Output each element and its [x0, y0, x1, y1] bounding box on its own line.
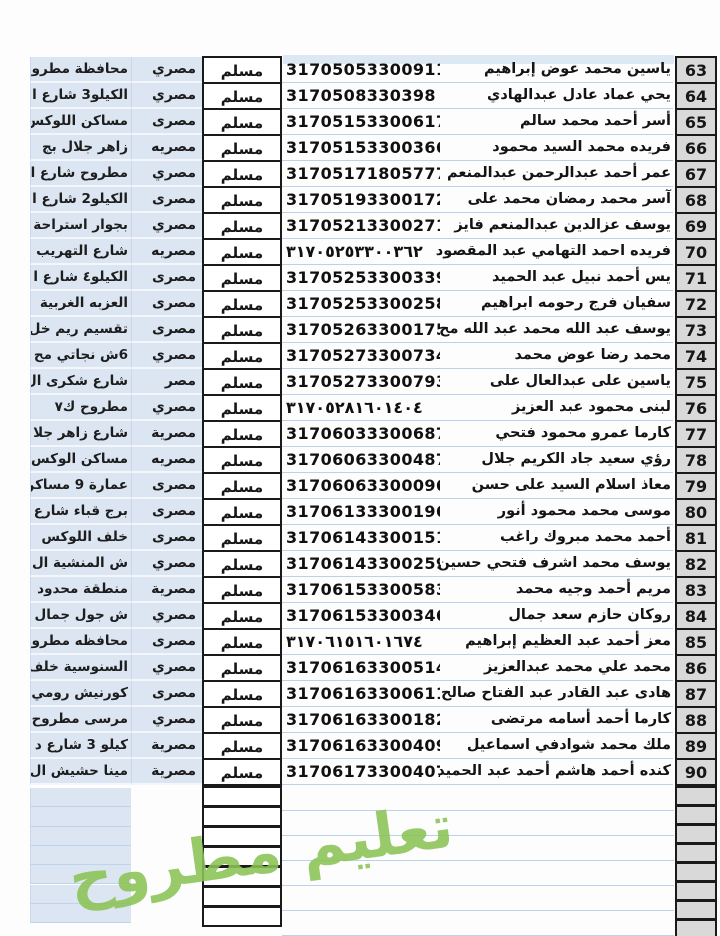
table-row: مساكن الوكسمصريهمسلم31706063300487رؤي سع…: [0, 447, 720, 473]
name-cell: لبنى محمود عبد العزيز: [440, 395, 673, 421]
row-number-cell: 78: [675, 446, 717, 474]
religion-cell: مسلم: [202, 186, 282, 214]
row-number-cell: 72: [675, 290, 717, 318]
empty-religion-cell: [202, 786, 282, 807]
table-row: برج قباء شارعمصرىمسلم31706133300196موسى …: [0, 499, 720, 525]
empty-number-cell: [675, 843, 717, 863]
religion-cell: مسلم: [202, 264, 282, 292]
table-row: بجوار استراحةمصريمسلم31705213300271يوسف …: [0, 213, 720, 239]
nationality-cell: مصري: [131, 83, 202, 109]
table-row: مطروح شارع امصريمسلم31705171805777عمر أح…: [0, 161, 720, 187]
table-row: الكيلو3 شارع امصريمسلم3170508330398يحي ع…: [0, 83, 720, 109]
nationality-cell: مصرية: [131, 733, 202, 759]
address-cell: مينا حشيش ال: [30, 759, 131, 785]
address-cell: مساكن الوكس: [30, 447, 131, 473]
table-row: عمارة 9 مساكنمصرىمسلم31706063300096معاذ …: [0, 473, 720, 499]
national-id-cell: 31705193300172: [282, 187, 440, 213]
national-id-cell: 31706173300407: [282, 759, 440, 785]
nationality-cell: مصر: [131, 369, 202, 395]
address-cell: تقسيم ريم خل: [30, 317, 131, 343]
national-id-cell: 31705273300734: [282, 343, 440, 369]
religion-cell: مسلم: [202, 290, 282, 318]
religion-cell: مسلم: [202, 160, 282, 188]
national-id-cell: 31706143300259: [282, 551, 440, 577]
name-cell: ياسين على عبدالعال على: [440, 369, 673, 395]
nationality-cell: مصرى: [131, 525, 202, 551]
national-id-cell: 31705263300175: [282, 317, 440, 343]
row-number-cell: 71: [675, 264, 717, 292]
table-row: شارع زاهر جلامصريةمسلم31706033300687كارم…: [0, 421, 720, 447]
table-row: محافظة مطرومصريمسلم31705053300911ياسين م…: [0, 57, 720, 83]
nationality-cell: مصرى: [131, 473, 202, 499]
table-row: السنوسية خلفمصريمسلم31706163300514محمد ع…: [0, 655, 720, 681]
national-id-cell: 31705153300366: [282, 135, 440, 161]
empty-number-cell: [675, 824, 717, 844]
address-cell: محافظة مطرو: [30, 57, 131, 83]
religion-cell: مسلم: [202, 56, 282, 84]
address-cell: عمارة 9 مساكن: [30, 473, 131, 499]
empty-address-cell: [30, 865, 131, 884]
national-id-cell: 31705253300339: [282, 265, 440, 291]
empty-grid-line: [282, 885, 674, 886]
name-cell: ملك محمد شوادفي اسماعيل: [440, 733, 673, 759]
name-cell: رؤي سعيد جاد الكريم جلال: [440, 447, 673, 473]
religion-cell: مسلم: [202, 394, 282, 422]
national-id-cell: 31706153300346: [282, 603, 440, 629]
empty-address-cell: [30, 788, 131, 807]
empty-number-cell: [675, 919, 717, 936]
religion-cell: مسلم: [202, 498, 282, 526]
empty-number-cell: [675, 881, 717, 901]
empty-religion-cell: [202, 906, 282, 927]
table-row: ش المنشية المصريمسلم31706143300259يوسف م…: [0, 551, 720, 577]
religion-cell: مسلم: [202, 706, 282, 734]
name-cell: فريده احمد التهامي عبد المقصود: [440, 239, 673, 265]
religion-cell: مسلم: [202, 680, 282, 708]
table-row: منطقة محدودمصريةمسلم31706153300583مريم أ…: [0, 577, 720, 603]
name-cell: معاذ اسلام السيد على حسن: [440, 473, 673, 499]
table-row: العزبه الغربيةمصرىمسلم31705253300258سفيا…: [0, 291, 720, 317]
religion-cell: مسلم: [202, 472, 282, 500]
name-cell: ياسين محمد عوض إبراهيم: [440, 57, 673, 83]
address-cell: مطروح ك٧: [30, 395, 131, 421]
address-cell: الكيلو٤ شارع ا: [30, 265, 131, 291]
empty-address-cell: [30, 904, 131, 923]
table-row: ش جول جمالمصريمسلم31706153300346روكان حا…: [0, 603, 720, 629]
row-number-cell: 64: [675, 82, 717, 110]
name-cell: فريده محمد السيد محمود: [440, 135, 673, 161]
nationality-cell: مصريه: [131, 447, 202, 473]
empty-grid-line: [282, 835, 674, 836]
nationality-cell: مصري: [131, 395, 202, 421]
empty-number-cell: [675, 786, 717, 806]
address-cell: 6ش نجاتي مح: [30, 343, 131, 369]
row-number-cell: 65: [675, 108, 717, 136]
name-cell: هادى عبد القادر عبد الفتاح صالح: [440, 681, 673, 707]
nationality-cell: مصرى: [131, 265, 202, 291]
empty-grid-line: [282, 810, 674, 811]
nationality-cell: مصرية: [131, 759, 202, 785]
row-number-cell: 86: [675, 654, 717, 682]
address-cell: مساكن اللوكس: [30, 109, 131, 135]
religion-cell: مسلم: [202, 628, 282, 656]
row-number-cell: 80: [675, 498, 717, 526]
national-id-cell: 31706163300514: [282, 655, 440, 681]
address-cell: العزبه الغربية: [30, 291, 131, 317]
religion-cell: مسلم: [202, 82, 282, 110]
address-cell: ش جول جمال: [30, 603, 131, 629]
address-cell: برج قباء شارع: [30, 499, 131, 525]
address-cell: الكيلو3 شارع ا: [30, 83, 131, 109]
national-id-cell: ٣١٧٠٦١٥١٦٠١٦٧٤: [282, 629, 440, 655]
address-cell: محافظه مطرو: [30, 629, 131, 655]
nationality-cell: مصريه: [131, 135, 202, 161]
nationality-cell: مصري: [131, 551, 202, 577]
row-number-cell: 69: [675, 212, 717, 240]
name-cell: مريم أحمد وجيه محمد: [440, 577, 673, 603]
table-row: مينا حشيش المصريةمسلم31706173300407كنده …: [0, 759, 720, 785]
name-cell: روكان حازم سعد جمال: [440, 603, 673, 629]
nationality-cell: مصري: [131, 343, 202, 369]
name-cell: آسر محمد رمضان محمد على: [440, 187, 673, 213]
address-cell: زاهر جلال بج: [30, 135, 131, 161]
empty-grid-line: [282, 860, 674, 861]
address-cell: مطروح شارع ا: [30, 161, 131, 187]
religion-cell: مسلم: [202, 446, 282, 474]
name-cell: عمر أحمد عبدالرحمن عبدالمنعم: [440, 161, 673, 187]
empty-religion-cell: [202, 886, 282, 907]
name-cell: كارما أحمد أسامه مرتضى: [440, 707, 673, 733]
nationality-cell: مصرى: [131, 317, 202, 343]
row-number-cell: 87: [675, 680, 717, 708]
table-row: تقسيم ريم خلمصرىمسلم31705263300175يوسف ع…: [0, 317, 720, 343]
address-cell: شارع شكرى ال: [30, 369, 131, 395]
name-cell: سفيان فرج رحومه ابراهيم: [440, 291, 673, 317]
religion-cell: مسلم: [202, 316, 282, 344]
name-cell: محمد علي محمد عبدالعزيز: [440, 655, 673, 681]
address-cell: الكيلو2 شارع ا: [30, 187, 131, 213]
name-cell: يحي عماد عادل عبدالهادي: [440, 83, 673, 109]
name-cell: أسر أحمد محمد سالم: [440, 109, 673, 135]
empty-address-cell: [30, 827, 131, 846]
national-id-cell: 31705213300271: [282, 213, 440, 239]
national-id-cell: 31706063300096: [282, 473, 440, 499]
empty-address-cell: [30, 885, 131, 904]
address-cell: خلف اللوكس: [30, 525, 131, 551]
row-number-cell: 77: [675, 420, 717, 448]
nationality-cell: مصري: [131, 707, 202, 733]
national-id-cell: 31706163300409: [282, 733, 440, 759]
empty-number-cell: [675, 805, 717, 825]
national-id-cell: 31706133300196: [282, 499, 440, 525]
nationality-cell: مصرى: [131, 109, 202, 135]
religion-cell: مسلم: [202, 212, 282, 240]
row-number-cell: 85: [675, 628, 717, 656]
table-row: مطروح ك٧مصريمسلم٣١٧٠٥٢٨١٦٠١٤٠٤لبنى محمود…: [0, 395, 720, 421]
row-number-cell: 88: [675, 706, 717, 734]
religion-cell: مسلم: [202, 732, 282, 760]
empty-number-cell: [675, 862, 717, 882]
table-row: شارع التهريبمصريهمسلم٣١٧٠٥٢٥٣٣٠٠٣٦٢فريده…: [0, 239, 720, 265]
table-row: زاهر جلال بجمصريهمسلم31705153300366فريده…: [0, 135, 720, 161]
religion-cell: مسلم: [202, 342, 282, 370]
row-number-cell: 83: [675, 576, 717, 604]
empty-religion-cell: [202, 866, 282, 887]
religion-cell: مسلم: [202, 420, 282, 448]
nationality-cell: مصرية: [131, 421, 202, 447]
nationality-cell: مصري: [131, 213, 202, 239]
religion-cell: مسلم: [202, 654, 282, 682]
name-cell: أحمد محمد مبروك راغب: [440, 525, 673, 551]
table-row: كيلو 3 شارع دمصريةمسلم31706163300409ملك …: [0, 733, 720, 759]
nationality-cell: مصري: [131, 655, 202, 681]
empty-number-cell: [675, 900, 717, 920]
row-number-cell: 75: [675, 368, 717, 396]
religion-cell: مسلم: [202, 368, 282, 396]
address-cell: السنوسية خلف: [30, 655, 131, 681]
religion-cell: مسلم: [202, 524, 282, 552]
religion-cell: مسلم: [202, 238, 282, 266]
address-cell: كيلو 3 شارع د: [30, 733, 131, 759]
row-number-cell: 82: [675, 550, 717, 578]
empty-address-cell: [30, 846, 131, 865]
religion-cell: مسلم: [202, 550, 282, 578]
nationality-cell: مصريه: [131, 239, 202, 265]
religion-cell: مسلم: [202, 134, 282, 162]
table-row: الكيلو2 شارع امصرىمسلم31705193300172آسر …: [0, 187, 720, 213]
name-cell: يوسف عزالدين عبدالمنعم فايز: [440, 213, 673, 239]
row-number-cell: 76: [675, 394, 717, 422]
row-number-cell: 79: [675, 472, 717, 500]
empty-address-cell: [30, 807, 131, 826]
national-id-cell: 31705273300793: [282, 369, 440, 395]
nationality-cell: مصرى: [131, 187, 202, 213]
name-cell: معز أحمد عبد العظيم إبراهيم: [440, 629, 673, 655]
row-number-cell: 81: [675, 524, 717, 552]
national-id-cell: 31706153300583: [282, 577, 440, 603]
row-number-cell: 90: [675, 758, 717, 786]
address-cell: بجوار استراحة: [30, 213, 131, 239]
table-row: الكيلو٤ شارع امصرىمسلم31705253300339يس أ…: [0, 265, 720, 291]
address-cell: ش المنشية ال: [30, 551, 131, 577]
address-cell: شارع زاهر جلا: [30, 421, 131, 447]
table-row: شارع شكرى المصرمسلم31705273300793ياسين ع…: [0, 369, 720, 395]
national-id-cell: 31705253300258: [282, 291, 440, 317]
row-number-cell: 63: [675, 56, 717, 84]
name-cell: موسى محمد محمود أنور: [440, 499, 673, 525]
national-id-cell: 31706143300151: [282, 525, 440, 551]
table-row: مرسى مطروحمصريمسلم31706163300182كارما أح…: [0, 707, 720, 733]
nationality-cell: مصري: [131, 57, 202, 83]
nationality-cell: مصري: [131, 603, 202, 629]
name-cell: يس أحمد نبيل عبد الحميد: [440, 265, 673, 291]
row-number-cell: 73: [675, 316, 717, 344]
nationality-cell: مصرى: [131, 629, 202, 655]
table-row: خلف اللوكسمصرىمسلم31706143300151أحمد محم…: [0, 525, 720, 551]
nationality-cell: مصرى: [131, 681, 202, 707]
religion-cell: مسلم: [202, 108, 282, 136]
address-cell: كورنيش رومي: [30, 681, 131, 707]
national-id-cell: 31705171805777: [282, 161, 440, 187]
national-id-cell: ٣١٧٠٥٢٨١٦٠١٤٠٤: [282, 395, 440, 421]
row-number-cell: 68: [675, 186, 717, 214]
address-cell: منطقة محدود: [30, 577, 131, 603]
nationality-cell: مصرية: [131, 577, 202, 603]
empty-religion-cell: [202, 806, 282, 827]
name-cell: كنده أحمد هاشم أحمد عبد الحميد: [440, 759, 673, 785]
national-id-cell: 31706163300611: [282, 681, 440, 707]
row-number-cell: 89: [675, 732, 717, 760]
table-row: 6ش نجاتي محمصريمسلم31705273300734محمد رض…: [0, 343, 720, 369]
address-cell: شارع التهريب: [30, 239, 131, 265]
row-number-cell: 84: [675, 602, 717, 630]
religion-cell: مسلم: [202, 576, 282, 604]
name-cell: محمد رضا عوض محمد: [440, 343, 673, 369]
national-id-cell: 3170508330398: [282, 83, 440, 109]
empty-religion-cell: [202, 826, 282, 847]
table-row: مساكن اللوكسمصرىمسلم31705153300617أسر أح…: [0, 109, 720, 135]
religion-cell: مسلم: [202, 758, 282, 786]
nationality-cell: مصري: [131, 161, 202, 187]
empty-grid-line: [282, 910, 674, 911]
empty-religion-cell: [202, 846, 282, 867]
national-id-cell: 31706033300687: [282, 421, 440, 447]
national-id-cell: ٣١٧٠٥٢٥٣٣٠٠٣٦٢: [282, 239, 440, 265]
name-cell: كارما عمرو محمود فتحي: [440, 421, 673, 447]
national-id-cell: 31706163300182: [282, 707, 440, 733]
scanned-document-page: محافظة مطرومصريمسلم31705053300911ياسين م…: [0, 0, 720, 936]
table-row: محافظه مطرومصرىمسلم٣١٧٠٦١٥١٦٠١٦٧٤معز أحم…: [0, 629, 720, 655]
name-cell: يوسف محمد اشرف فتحي حسين: [440, 551, 673, 577]
name-cell: يوسف عبد الله محمد عبد الله مح: [440, 317, 673, 343]
address-cell: مرسى مطروح: [30, 707, 131, 733]
national-id-cell: 31705153300617: [282, 109, 440, 135]
national-id-cell: 31706063300487: [282, 447, 440, 473]
religion-cell: مسلم: [202, 602, 282, 630]
national-id-cell: 31705053300911: [282, 57, 440, 83]
table-row: كورنيش روميمصرىمسلم31706163300611هادى عب…: [0, 681, 720, 707]
row-number-cell: 74: [675, 342, 717, 370]
row-number-cell: 66: [675, 134, 717, 162]
nationality-cell: مصرى: [131, 499, 202, 525]
row-number-cell: 67: [675, 160, 717, 188]
nationality-cell: مصرى: [131, 291, 202, 317]
row-number-cell: 70: [675, 238, 717, 266]
